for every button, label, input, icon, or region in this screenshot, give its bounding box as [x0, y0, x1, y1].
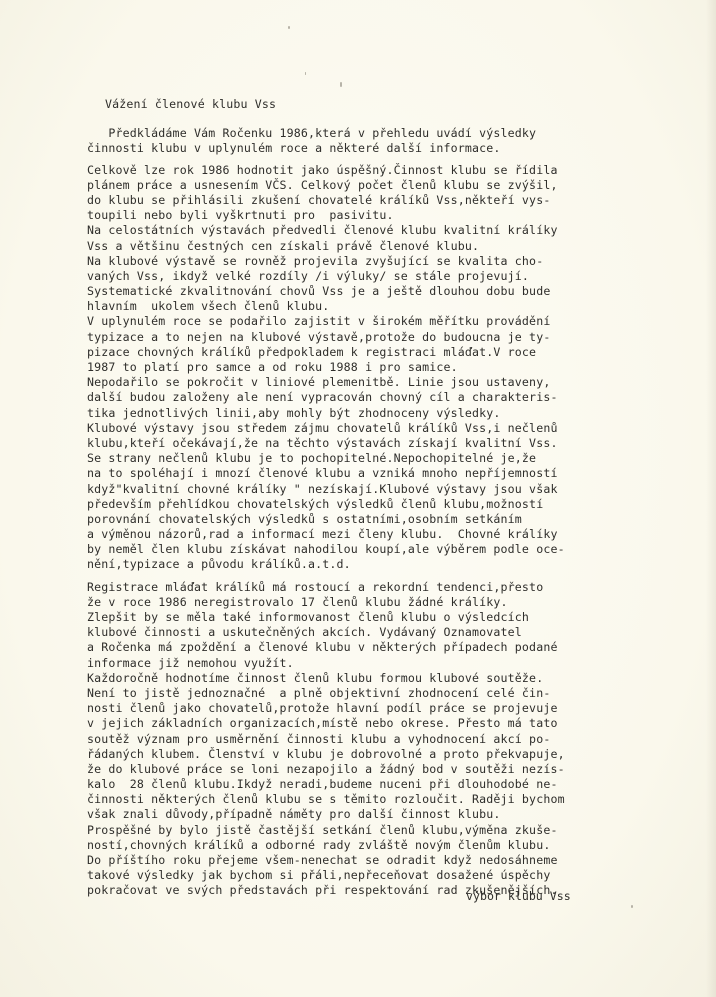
- text-line: 1987 to platí pro samce a od roku 1988 i…: [87, 360, 716, 375]
- paragraph-intro: Předkládáme Vám Ročenku 1986,která v pře…: [87, 126, 716, 156]
- text-line: Do příštího roku přejeme všem-nenechat s…: [87, 853, 716, 868]
- text-line: Systematické zkvalitnování chovů Vss je …: [87, 284, 716, 299]
- text-line: však znali důvody,případně náměty pro da…: [87, 807, 716, 822]
- text-line: Nepodařilo se pokročit v liniové plemeni…: [87, 375, 716, 390]
- text-line: Zlepšit by se měla také informovanost čl…: [87, 610, 716, 625]
- text-line: řádaných klubem. Členství v klubu je dob…: [87, 747, 716, 762]
- text-line: ností,chovných králíků a odborné rady zv…: [87, 838, 716, 853]
- signature: výbor klubu Vss: [466, 889, 571, 903]
- salutation: Vážení členové klubu Vss: [105, 97, 716, 112]
- letter-body: Vážení členové klubu Vss Předkládáme Vám…: [87, 97, 716, 899]
- text-line: porovnání chovatelských výsledků s ostat…: [87, 512, 716, 527]
- text-line: Se strany nečlenů klubu je to pochopitel…: [87, 451, 716, 466]
- text-line: že v roce 1986 neregistrovalo 17 členů k…: [87, 595, 716, 610]
- paragraph-registration: Registrace mláďat králíků má rostoucí a …: [87, 580, 716, 899]
- text-line: toupili nebo byli vyškrtnuti pro pasivit…: [87, 208, 716, 223]
- text-line: Není to jistě jednoznačné a plně objekti…: [87, 686, 716, 701]
- text-line: informace již nemohou využít.: [87, 656, 716, 671]
- text-line: Předkládáme Vám Ročenku 1986,která v pře…: [87, 126, 716, 141]
- text-line: Prospěšné by bylo jistě častější setkání…: [87, 823, 716, 838]
- text-line: na to spoléhají i mnozí členové klubu a …: [87, 466, 716, 481]
- text-line: především přehlídkou chovatelských výsle…: [87, 497, 716, 512]
- text-line: kalo 28 členů klubu.Ikdyž neradi,budeme …: [87, 777, 716, 792]
- text-line: když"kvalitní chovné králíky " nezískají…: [87, 482, 716, 497]
- text-line: pokračovat ve svých představách při resp…: [87, 883, 716, 898]
- text-line: že do klubové práce se loni nezapojilo a…: [87, 762, 716, 777]
- text-line: soutěž význam pro usměrnění činnosti klu…: [87, 732, 716, 747]
- text-line: klubu,kteří očekávají,že na těchto výsta…: [87, 436, 716, 451]
- text-line: takové výsledky jak bychom si přáli,nepř…: [87, 868, 716, 883]
- scan-speck: [288, 26, 290, 29]
- text-line: činnosti klubu v uplynulém roce a někter…: [87, 141, 716, 156]
- text-line: vaných Vss, ikdyž velké rozdíly /i výluk…: [87, 269, 716, 284]
- text-line: činnosti některých členů klubu se s těmi…: [87, 792, 716, 807]
- text-line: typizace a to nejen na klubové výstavě,p…: [87, 330, 716, 345]
- text-line: pizace chovných králíků předpokladem k r…: [87, 345, 716, 360]
- text-line: Klubové výstavy jsou středem zájmu chova…: [87, 421, 716, 436]
- text-line: by neměl člen klubu získávat nahodilou k…: [87, 542, 716, 557]
- scan-speck: [305, 72, 306, 75]
- text-line: tika jednotlivých linii,aby mohly být zh…: [87, 406, 716, 421]
- text-line: a Ročenka má zpoždění a členové klubu v …: [87, 640, 716, 655]
- text-line: další budou založeny ale není vypracován…: [87, 390, 716, 405]
- text-line: nění,typizace a původu králíků.a.t.d.: [87, 557, 716, 572]
- text-line: nosti členů jako chovatelů,protože hlavn…: [87, 701, 716, 716]
- text-line: V uplynulém roce se podařilo zajistit v …: [87, 314, 716, 329]
- text-line: klubové činnosti a uskutečněných akcích.…: [87, 625, 716, 640]
- text-line: Na celostátních výstavách předvedli člen…: [87, 223, 716, 238]
- text-line: Registrace mláďat králíků má rostoucí a …: [87, 580, 716, 595]
- text-line: Každoročně hodnotíme činnost členů klubu…: [87, 671, 716, 686]
- scan-speck: [631, 905, 633, 908]
- text-line: Na klubové výstavě se rovněž projevila z…: [87, 254, 716, 269]
- paragraph-overall-assessment: Celkově lze rok 1986 hodnotit jako úspěš…: [87, 163, 716, 573]
- text-line: do klubu se přihlásili zkušení chovatelé…: [87, 193, 716, 208]
- text-line: Vss a většinu čestných cen získali právě…: [87, 239, 716, 254]
- text-line: a výměnou názorů,rad a informací mezi čl…: [87, 527, 716, 542]
- scanned-page: Vážení členové klubu Vss Předkládáme Vám…: [0, 0, 716, 997]
- text-line: Celkově lze rok 1986 hodnotit jako úspěš…: [87, 163, 716, 178]
- text-line: hlavním ukolem všech členů klubu.: [87, 299, 716, 314]
- scan-speck: [340, 82, 342, 87]
- text-line: plánem práce a usnesením VČS. Celkový po…: [87, 178, 716, 193]
- text-line: v jejich základních organizacích,místě n…: [87, 716, 716, 731]
